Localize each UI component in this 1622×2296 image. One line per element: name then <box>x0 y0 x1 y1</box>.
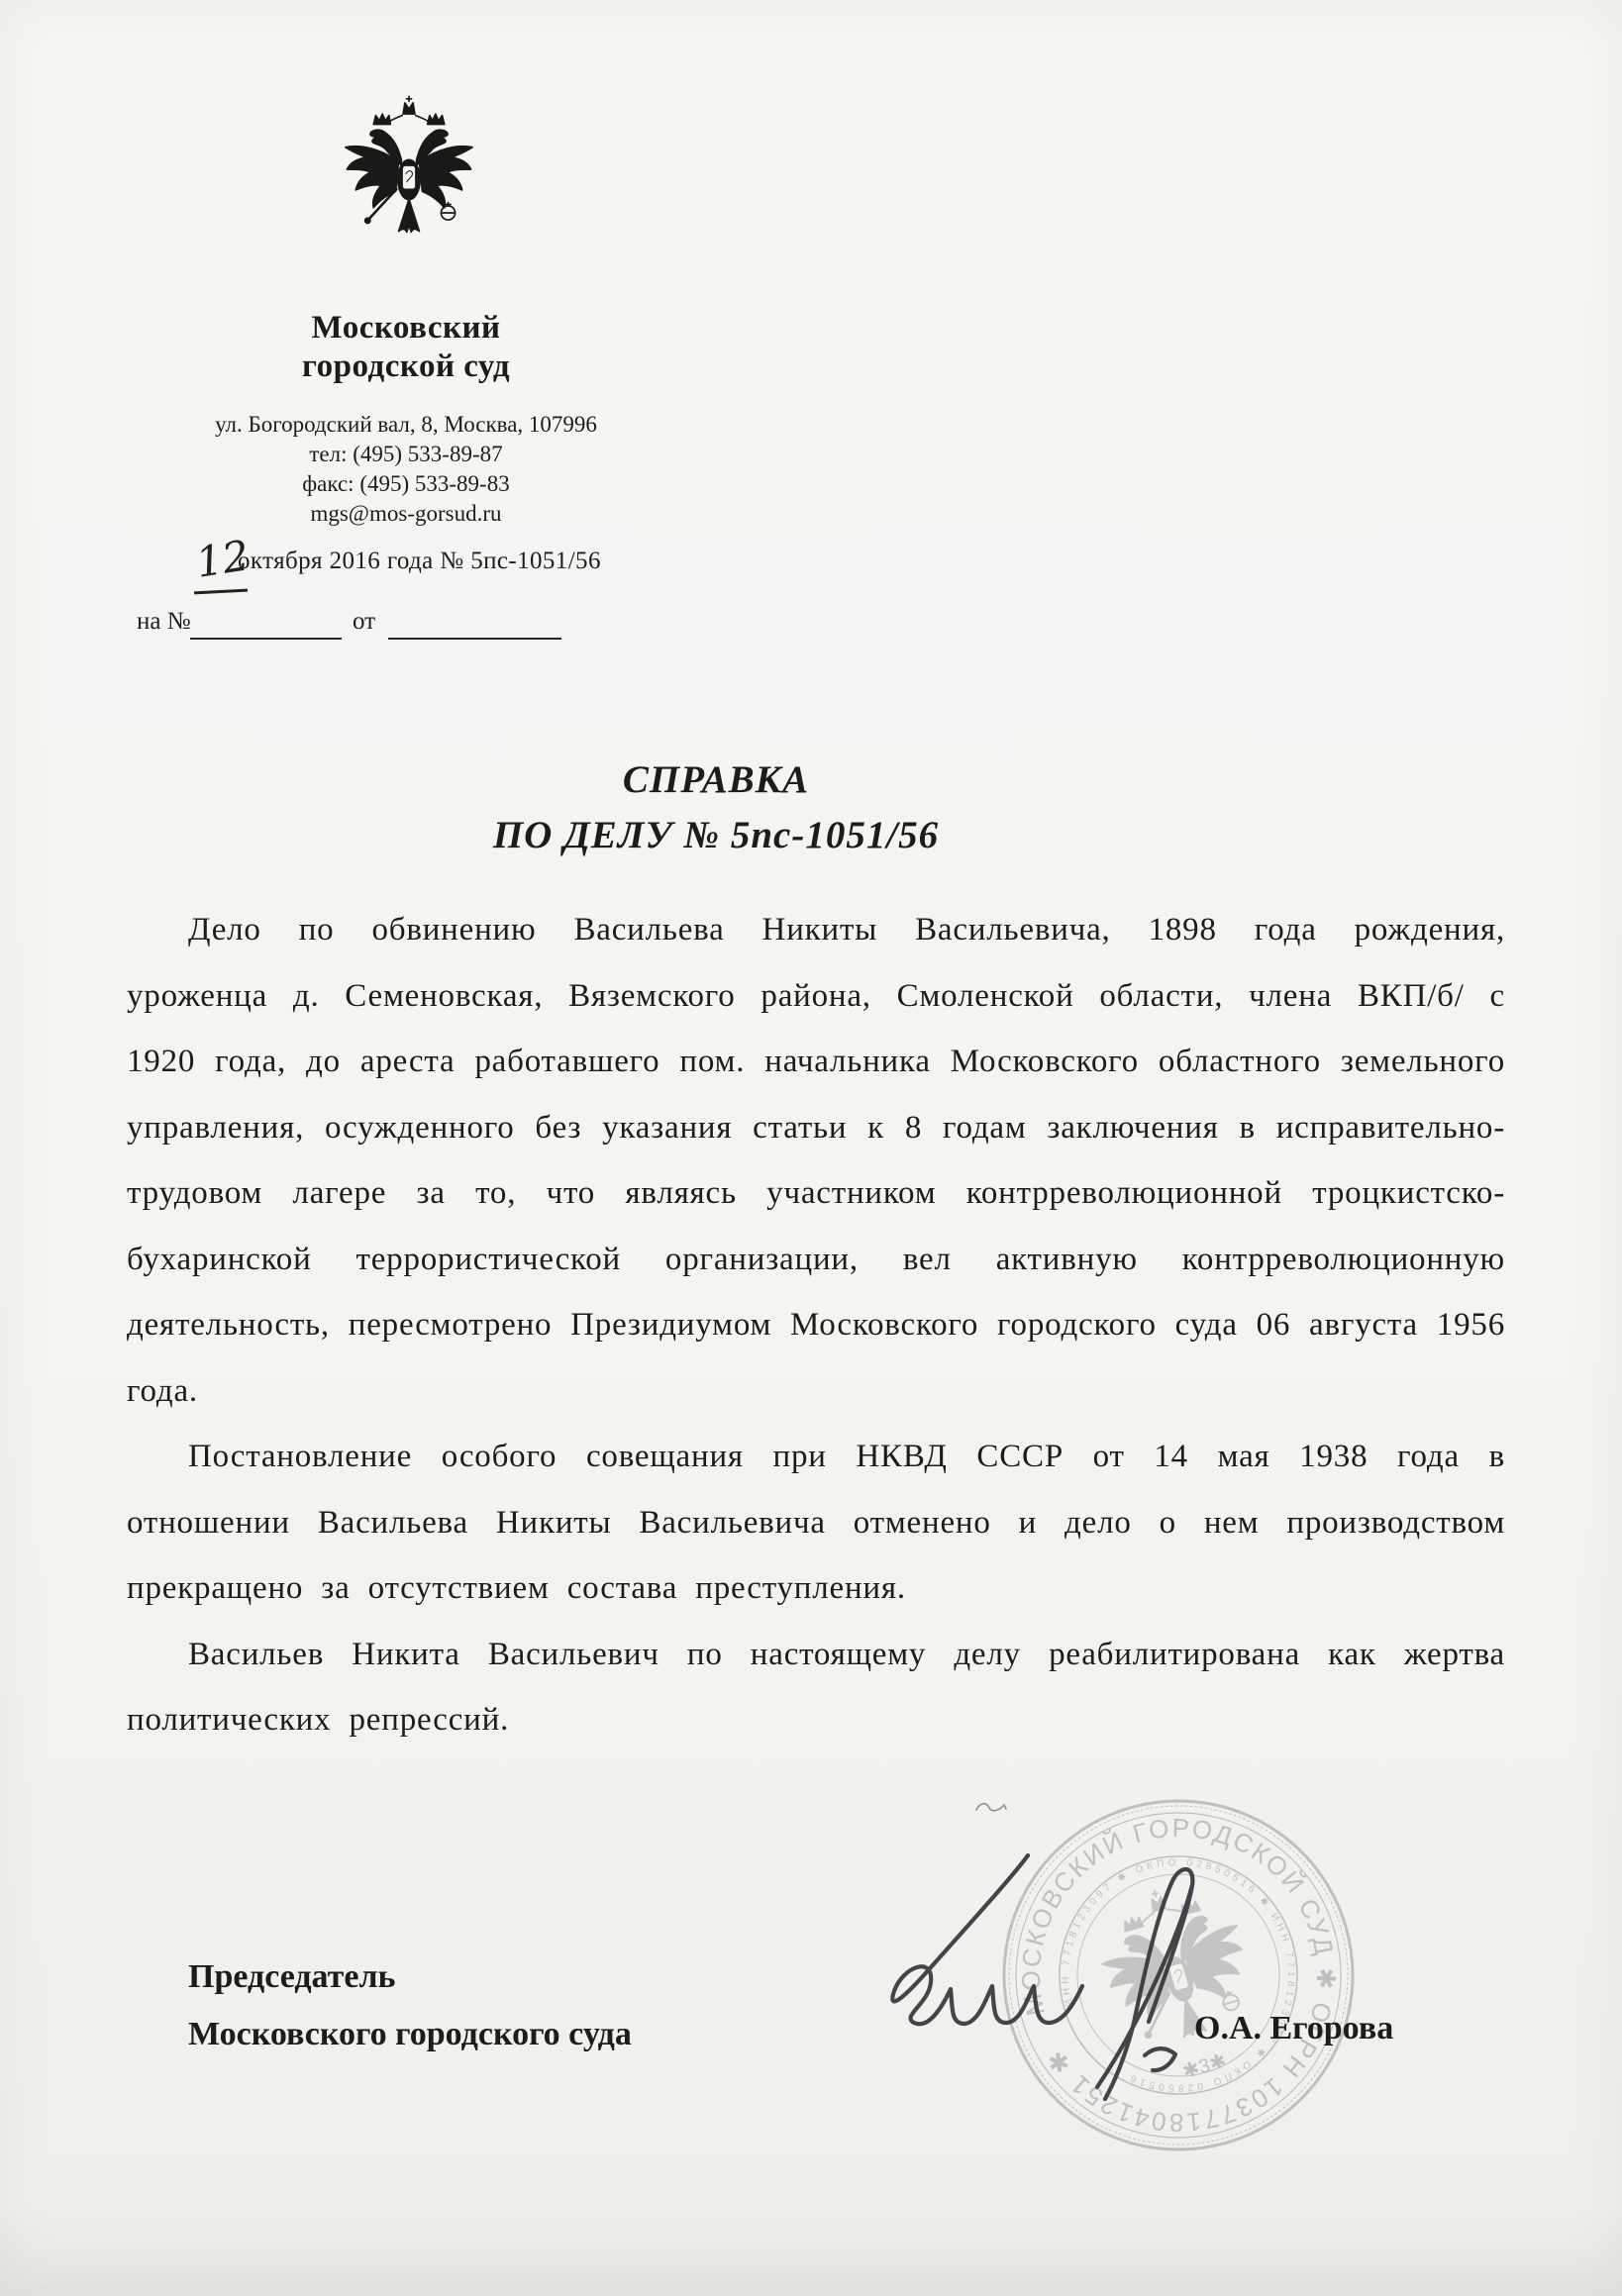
address-email: mgs@mos-gorsud.ru <box>149 499 663 529</box>
scanned-document-page: Московский городской суд ул. Богородский… <box>0 0 1622 2296</box>
court-address-block: ул. Богородский вал, 8, Москва, 107996 т… <box>149 410 663 529</box>
address-fax: факс: (495) 533-89-83 <box>149 469 663 499</box>
signature-scrawl <box>852 1828 1224 2125</box>
russia-coat-of-arms-icon <box>335 91 483 253</box>
address-street: ул. Богородский вал, 8, Москва, 107996 <box>149 410 663 440</box>
body-paragraph-1: Дело по обвинению Васильева Никиты Васил… <box>127 897 1505 1424</box>
signatory-role-line1: Председатель <box>188 1948 632 2006</box>
signatory-role-line2: Московского городского суда <box>188 2006 632 2063</box>
incoming-ref-blank-line <box>190 638 342 640</box>
court-name: Московский городской суд <box>149 309 663 386</box>
date-number-line: октября 2016 года № 5пс-1051/56 <box>238 548 601 575</box>
incoming-ref-label: на № <box>137 608 191 636</box>
document-body: Дело по обвинению Васильева Никиты Васил… <box>127 897 1505 1753</box>
address-phone: тел: (495) 533-89-87 <box>149 440 663 469</box>
signatory-name: О.А. Егорова <box>1194 2010 1393 2047</box>
body-paragraph-3: Васильев Никита Васильевич по настоящему… <box>127 1622 1505 1753</box>
signatory-role: Председатель Московского городского суда <box>188 1948 632 2063</box>
document-title-line1: СПРАВКА <box>0 752 1432 808</box>
incoming-from-blank-line <box>388 638 561 640</box>
handwritten-day-underline <box>194 589 248 595</box>
body-paragraph-2: Постановление особого совещания при НКВД… <box>127 1424 1505 1622</box>
incoming-from-label: от <box>353 608 375 636</box>
stray-pen-mark <box>974 1800 1008 1816</box>
document-title-line2: ПО ДЕЛУ № 5пс-1051/56 <box>0 808 1432 863</box>
document-title: СПРАВКА ПО ДЕЛУ № 5пс-1051/56 <box>0 752 1432 863</box>
court-name-line2: городской суд <box>149 348 663 386</box>
court-name-line1: Московский <box>149 309 663 348</box>
